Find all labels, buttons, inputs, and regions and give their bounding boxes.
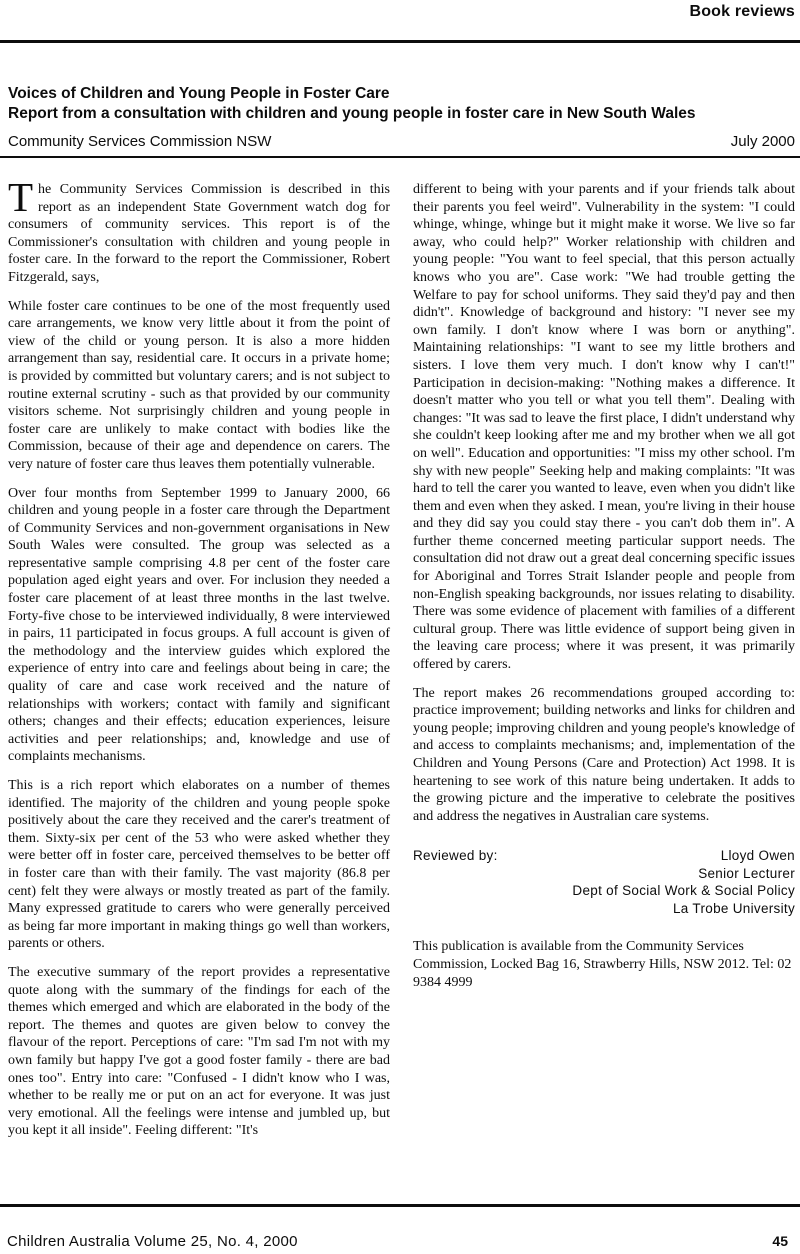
drop-cap: T <box>8 181 38 214</box>
paragraph-intro: The Community Services Commission is des… <box>8 181 390 287</box>
paragraph-recommendations: The report makes 26 recommendations grou… <box>413 685 795 826</box>
left-column: The Community Services Commission is des… <box>8 181 390 1151</box>
footer-rule <box>0 1204 800 1207</box>
reviewed-by-label: Reviewed by: <box>413 847 498 865</box>
author: Community Services Commission NSW <box>8 133 271 150</box>
journal-citation: Children Australia Volume 25, No. 4, 200… <box>7 1233 298 1250</box>
title-block: Voices of Children and Young People in F… <box>8 84 795 150</box>
reviewer-title: Senior Lecturer <box>413 865 795 883</box>
article-body: The Community Services Commission is des… <box>8 181 795 1151</box>
reviewer-department: Dept of Social Work & Social Policy <box>413 882 795 900</box>
page-footer: Children Australia Volume 25, No. 4, 200… <box>7 1233 788 1250</box>
reviewed-by-block: Reviewed by: Lloyd Owen Senior Lecturer … <box>413 847 795 917</box>
paragraph-intro-text: he Community Services Commission is desc… <box>8 182 390 285</box>
right-column: different to being with your parents and… <box>413 181 795 1151</box>
running-head: Book reviews <box>689 3 795 21</box>
paragraph-quote-fitzgerald: While foster care continues to be one of… <box>8 298 390 474</box>
publication-date: July 2000 <box>731 133 795 150</box>
availability-note: This publication is available from the C… <box>413 938 795 991</box>
paragraph-themes-continued: different to being with your parents and… <box>413 181 795 674</box>
paragraph-findings: This is a rich report which elaborates o… <box>8 777 390 953</box>
article-title-line2: Report from a consultation with children… <box>8 104 795 124</box>
page-number: 45 <box>772 1233 788 1249</box>
byline-row: Community Services Commission NSW July 2… <box>8 133 795 150</box>
mid-rule <box>0 156 800 158</box>
reviewer-university: La Trobe University <box>413 900 795 918</box>
top-rule <box>0 40 800 43</box>
paragraph-methodology: Over four months from September 1999 to … <box>8 485 390 767</box>
paragraph-themes: The executive summary of the report prov… <box>8 964 390 1140</box>
journal-page: Book reviews Voices of Children and Youn… <box>0 0 800 1254</box>
article-title-line1: Voices of Children and Young People in F… <box>8 84 795 104</box>
